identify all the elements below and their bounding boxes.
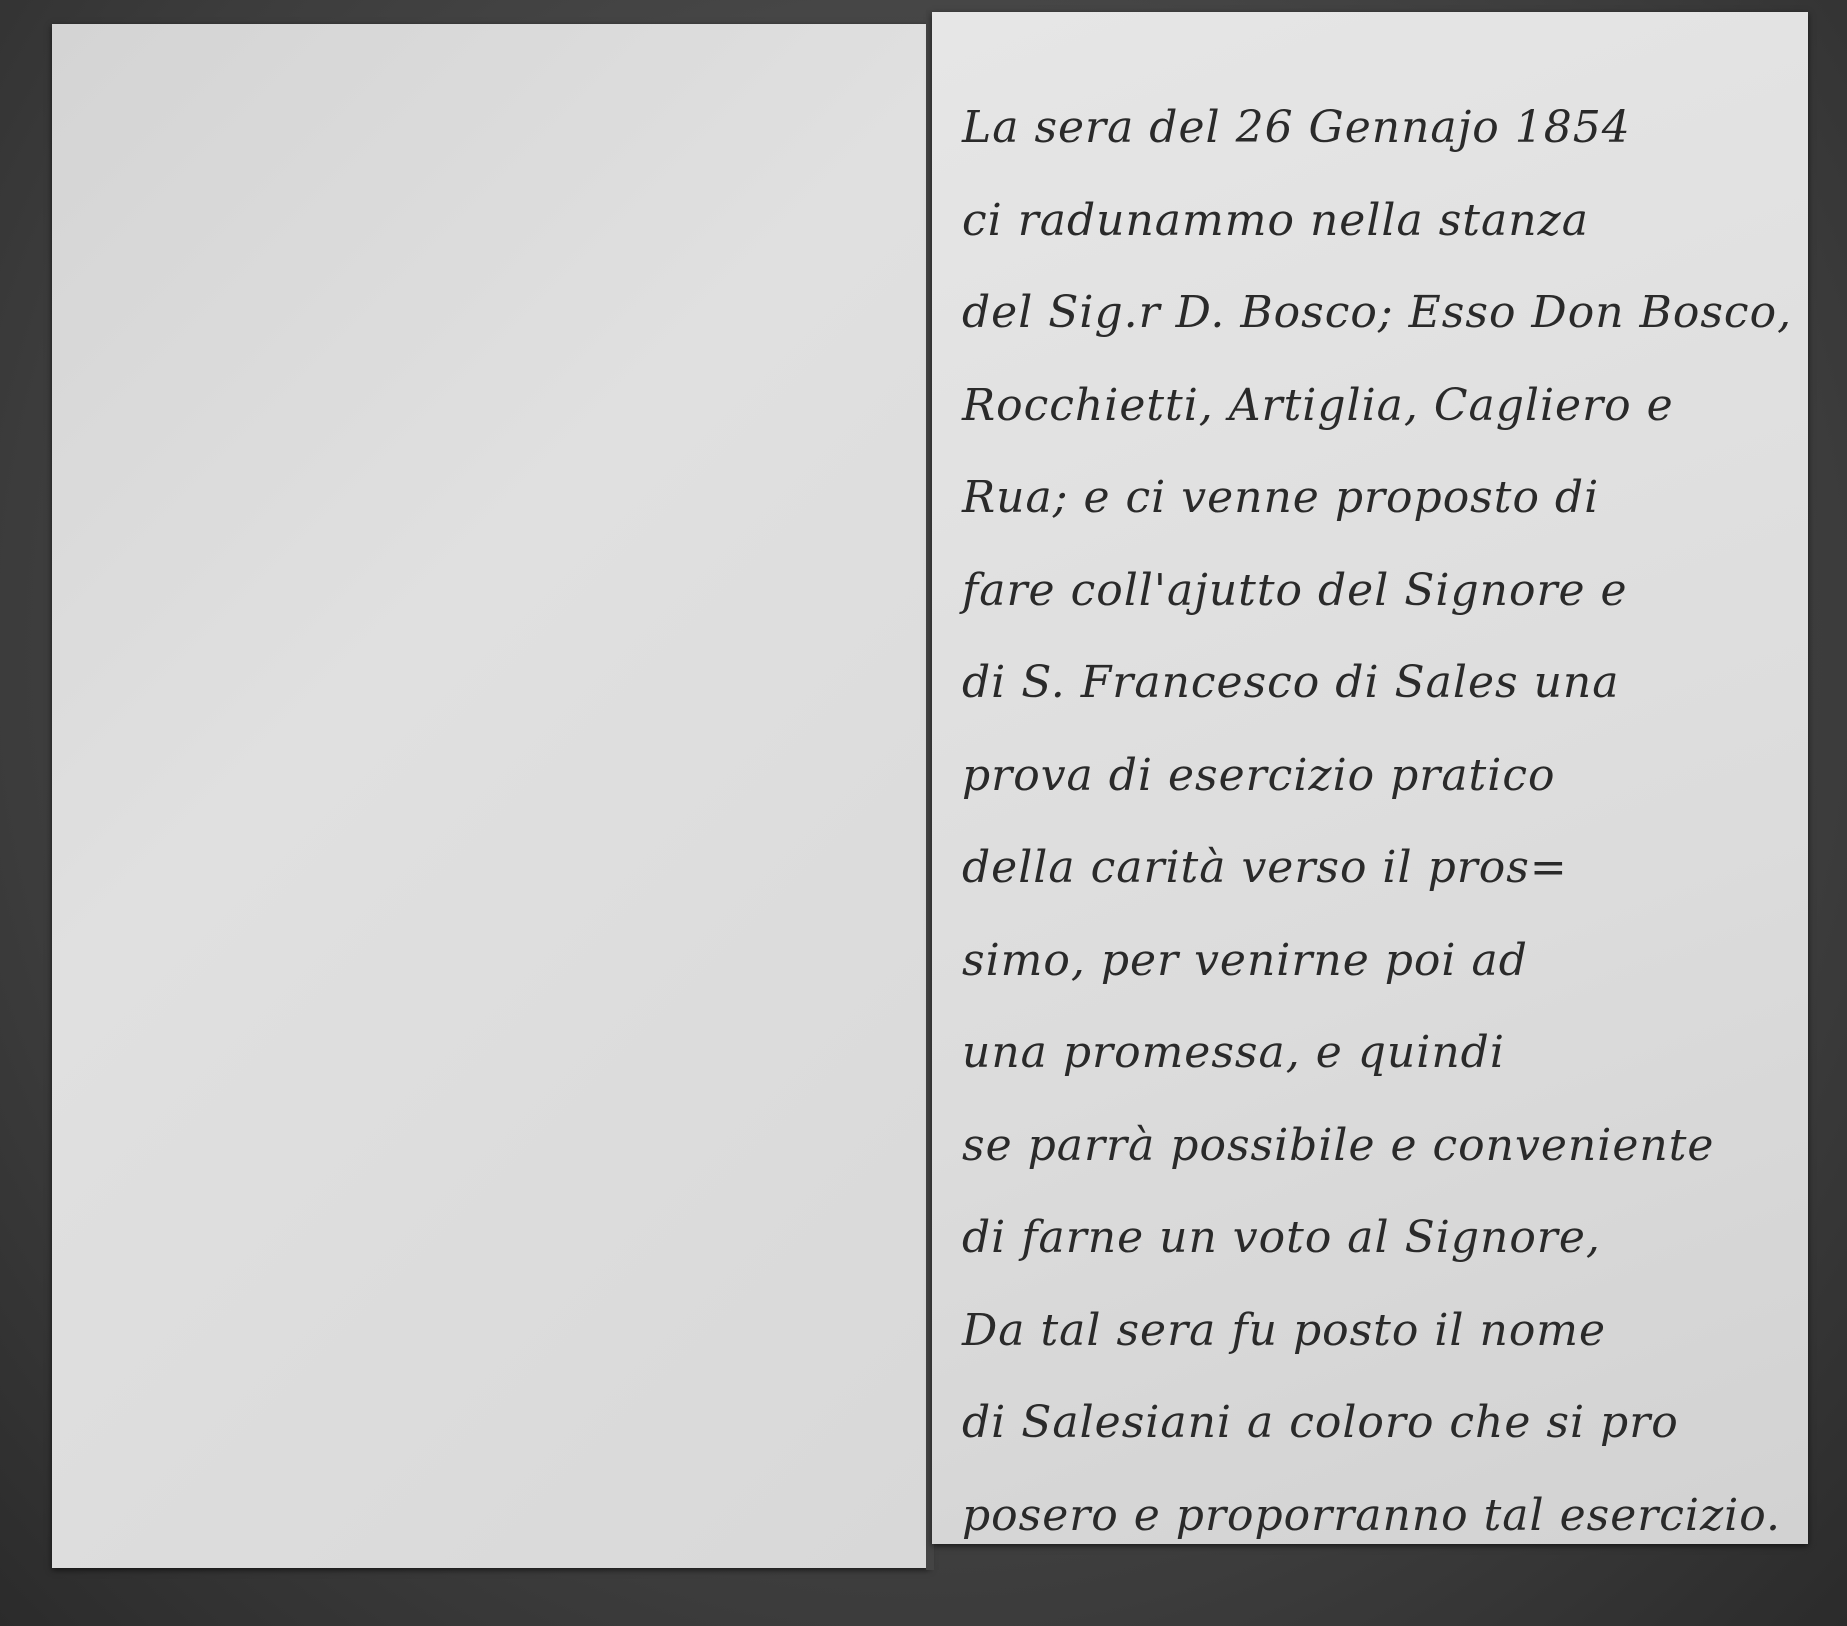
text-line: La sera del 26 Gennajo 1854 [962,82,1788,175]
text-line: se parrà possibile e conveniente [962,1100,1788,1193]
text-line: Da tal sera fu posto il nome [962,1285,1788,1378]
right-handwritten-page: La sera del 26 Gennajo 1854 ci radunammo… [932,12,1808,1544]
text-line: posero e proporranno tal esercizio. [962,1470,1788,1563]
text-line: fare coll'ajutto del Signore e [962,545,1788,638]
text-line: di S. Francesco di Sales una [962,637,1788,730]
text-line: prova di esercizio pratico [962,730,1788,823]
text-line: di farne un voto al Signore, [962,1192,1788,1285]
text-line: di Salesiani a coloro che si pro [962,1377,1788,1470]
text-line: una promessa, e quindi [962,1007,1788,1100]
handwritten-text: La sera del 26 Gennajo 1854 ci radunammo… [962,82,1788,1562]
text-line: Rocchietti, Artiglia, Cagliero e [962,360,1788,453]
text-line: ci radunammo nella stanza [962,175,1788,268]
left-blank-page [52,24,930,1568]
text-line: Rua; e ci venne proposto di [962,452,1788,545]
text-line: simo, per venirne poi ad [962,915,1788,1008]
text-line: della carità verso il pros= [962,822,1788,915]
text-line: del Sig.r D. Bosco; Esso Don Bosco, [962,267,1788,360]
